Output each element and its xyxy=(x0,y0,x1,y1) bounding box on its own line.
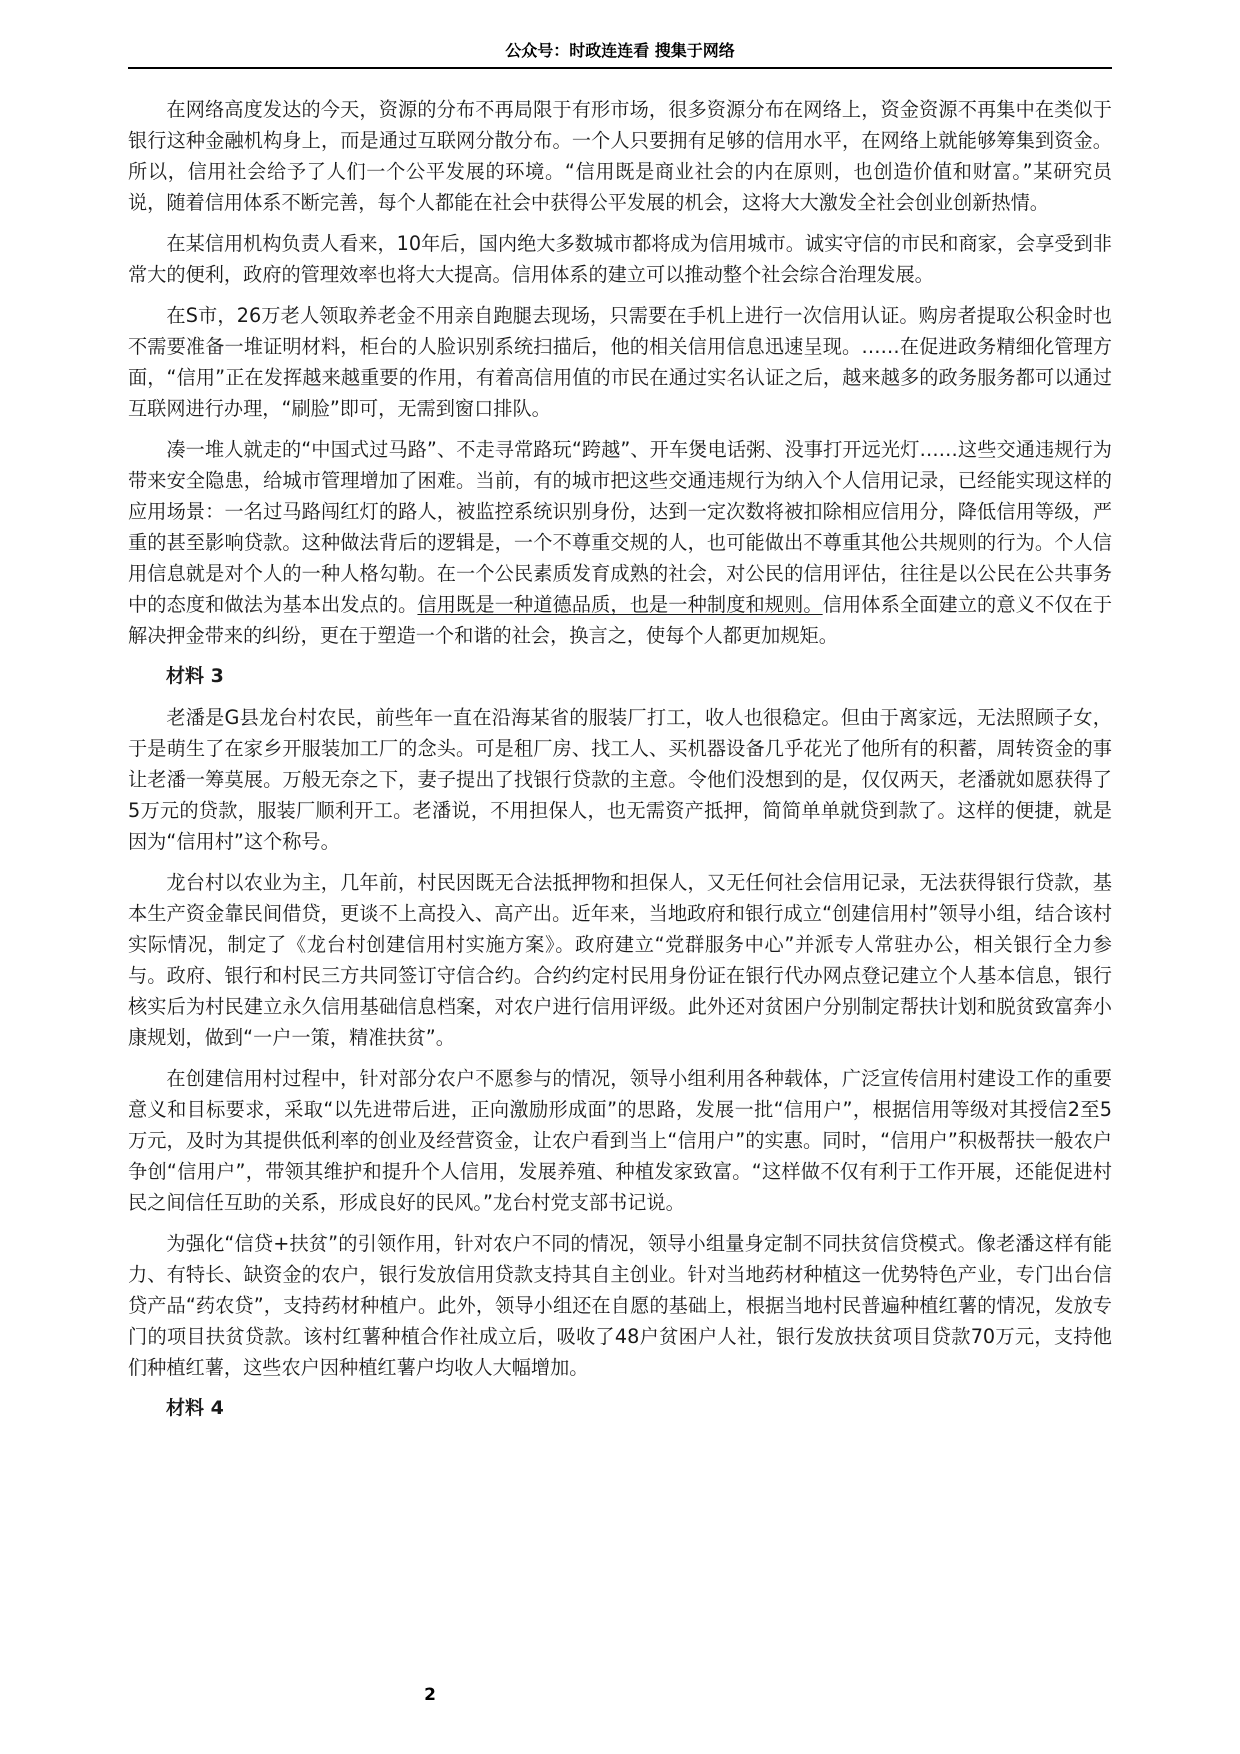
section-heading-material-4: 材料 4 xyxy=(128,1393,1112,1424)
paragraph: 在网络高度发达的今天，资源的分布不再局限于有形市场，很多资源分布在网络上，资金资… xyxy=(128,94,1112,218)
underlined-sentence: 信用既是一种道德品质，也是一种制度和规则。 xyxy=(417,593,822,616)
paragraph: 龙台村以农业为主，几年前，村民因既无合法抵押物和担保人，又无任何社会信用记录，无… xyxy=(128,867,1112,1053)
paragraph: 在S市，26万老人领取养老金不用亲自跑腿去现场，只需要在手机上进行一次信用认证。… xyxy=(128,300,1112,424)
paragraph: 老潘是G县龙台村农民，前些年一直在沿海某省的服装厂打工，收人也很稳定。但由于离家… xyxy=(128,702,1112,857)
paragraph: 为强化“信贷+扶贫”的引领作用，针对农户不同的情况，领导小组量身定制不同扶贫信贷… xyxy=(128,1228,1112,1383)
document-body: 在网络高度发达的今天，资源的分布不再局限于有形市场，很多资源分布在网络上，资金资… xyxy=(128,94,1112,1434)
header-divider xyxy=(128,67,1112,69)
paragraph-with-underline: 凑一堆人就走的“中国式过马路”、不走寻常路玩“跨越”、开车煲电话粥、没事打开远光… xyxy=(128,434,1112,651)
page-number: 2 xyxy=(0,1685,860,1705)
paragraph: 在某信用机构负责人看来，10年后，国内绝大多数城市都将成为信用城市。诚实守信的市… xyxy=(128,228,1112,290)
paragraph: 在创建信用村过程中，针对部分农户不愿参与的情况，领导小组利用各种载体，广泛宣传信… xyxy=(128,1063,1112,1218)
page-header: 公众号：时政连连看 搜集于网络 xyxy=(128,40,1112,62)
paragraph-text: 凑一堆人就走的“中国式过马路”、不走寻常路玩“跨越”、开车煲电话粥、没事打开远光… xyxy=(128,438,1112,616)
section-heading-material-3: 材料 3 xyxy=(128,661,1112,692)
